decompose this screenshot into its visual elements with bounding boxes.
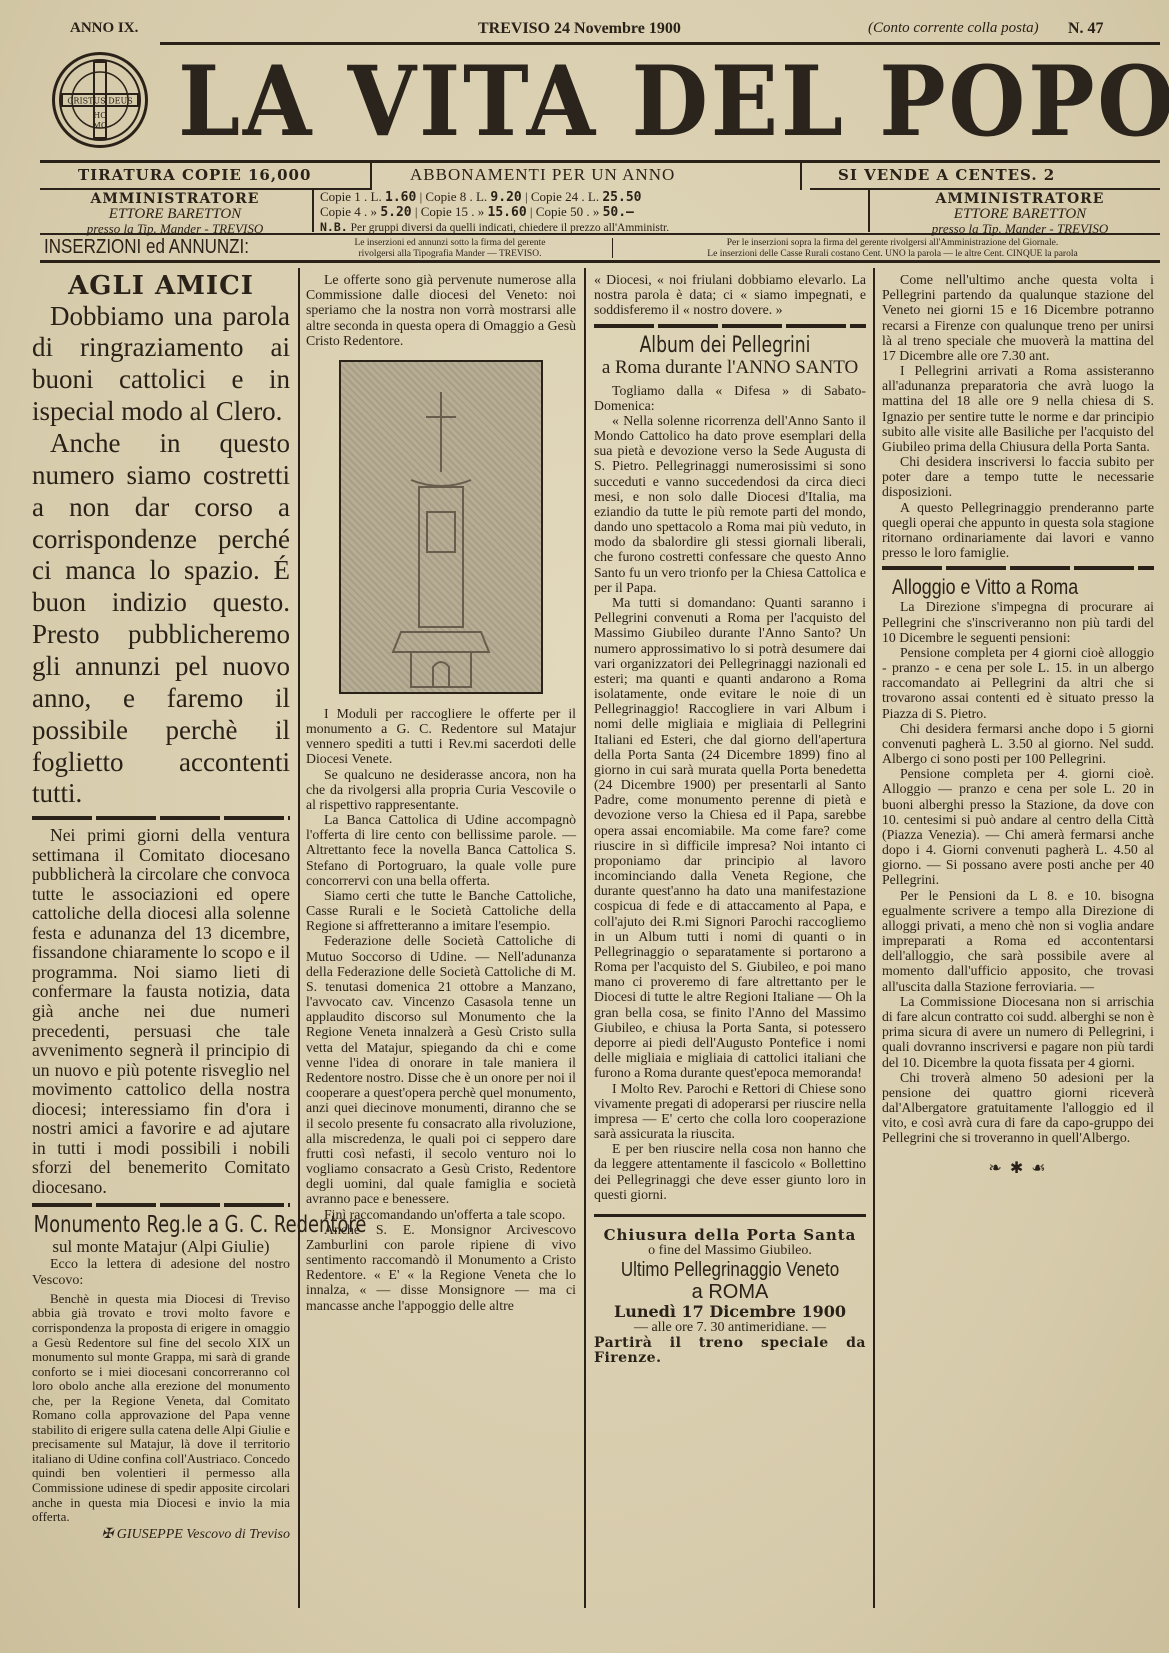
ads-note-left: Le inserzioni ed annunzi sotto la firma … <box>310 238 590 261</box>
seal-emblem: CRISTUS DEUS HO MO <box>52 52 148 148</box>
column-1: AGLI AMICI Dobbiamo una parola di ringra… <box>32 272 290 1542</box>
column-3: « Diocesi, « noi friulani dobbiamo eleva… <box>594 272 866 1367</box>
signature: ✠ GIUSEPPE Vescovo di Treviso <box>32 1527 290 1542</box>
svg-text:HO: HO <box>93 111 107 120</box>
newspaper-page: ANNO IX. TREVISO 24 Novembre 1900 (Conto… <box>0 0 1169 1653</box>
svg-text:CRISTUS DEUS: CRISTUS DEUS <box>67 97 132 106</box>
dateline: TREVISO 24 Novembre 1900 <box>478 20 681 38</box>
section-divider <box>882 566 1154 570</box>
column-divider <box>873 268 875 1608</box>
price-label: SI VENDE A CENTES. 2 <box>838 166 1055 184</box>
article-heading-agli-amici: AGLI AMICI <box>32 272 290 301</box>
svg-text:MO: MO <box>93 121 108 130</box>
pilgrimage-notice: Chiusura della Porta Santa o fine del Ma… <box>594 1227 866 1367</box>
price-row-2: Copie 4 . » 5.20 | Copie 15 . » 15.60 | … <box>320 205 669 220</box>
section-divider <box>594 324 866 328</box>
administrator-left: AMMINISTRATORE ETTORE BARETTON presso la… <box>50 192 300 236</box>
price-table: Copie 1 . L. 1.60 | Copie 8 . L. 9.20 | … <box>320 190 669 234</box>
ads-label: INSERZIONI ed ANNUNZI: <box>44 236 249 259</box>
column-divider <box>584 268 586 1608</box>
bishop-letter: Benchè in questa mia Diocesi di Treviso … <box>32 1292 290 1525</box>
price-row-1: Copie 1 . L. 1.60 | Copie 8 . L. 9.20 | … <box>320 190 669 205</box>
issue-year: ANNO IX. <box>70 20 138 37</box>
column-4: Come nell'ultimo anche questa volta i Pe… <box>882 272 1154 1177</box>
article-heading-alloggio: Alloggio e Vitto a Roma <box>892 576 1115 599</box>
section-divider <box>32 816 290 820</box>
cross-seal-icon: CRISTUS DEUS HO MO <box>56 56 144 144</box>
newspaper-title: LA VITA DEL POPOLO <box>178 54 1169 150</box>
article-heading-album: Album dei Pellegrini <box>615 334 835 358</box>
section-divider <box>594 1214 866 1217</box>
monument-tower-icon <box>341 362 541 692</box>
circulation-label: TIRATURA COPIE 16,000 <box>78 166 311 184</box>
column-divider <box>298 268 300 1608</box>
article-subheading-anno-santo: a Roma durante l'ANNO SANTO <box>594 358 866 379</box>
band-rule-bottom <box>40 260 1160 263</box>
ads-note-right: Per le inserzioni sopra la firma del ger… <box>625 238 1160 261</box>
section-divider <box>32 1203 290 1207</box>
article-subheading-matajur: sul monte Matajur (Alpi Giulie) <box>32 1238 290 1257</box>
monument-illustration <box>339 360 543 694</box>
subscription-label: ABBONAMENTI PER UN ANNO <box>410 165 675 185</box>
column-2: Le offerte sono già pervenute numerose a… <box>306 272 576 1313</box>
postal-note: (Conto corrente colla posta) <box>868 20 1039 37</box>
article-comitato: Nei primi giorni della ventura settimana… <box>32 826 290 1197</box>
issue-number: N. 47 <box>1068 20 1104 38</box>
article-agli-amici: Dobbiamo una parola di ringraziamento ai… <box>32 301 290 811</box>
ornament-icon: ❧ ✱ ☙ <box>882 1160 1154 1178</box>
article-heading-monumento: Monumento Reg.le a G. C. Redentore <box>34 1213 259 1238</box>
administrator-right: AMMINISTRATORE ETTORE BARETTON presso la… <box>880 192 1160 236</box>
band-rule-top <box>40 160 1160 163</box>
